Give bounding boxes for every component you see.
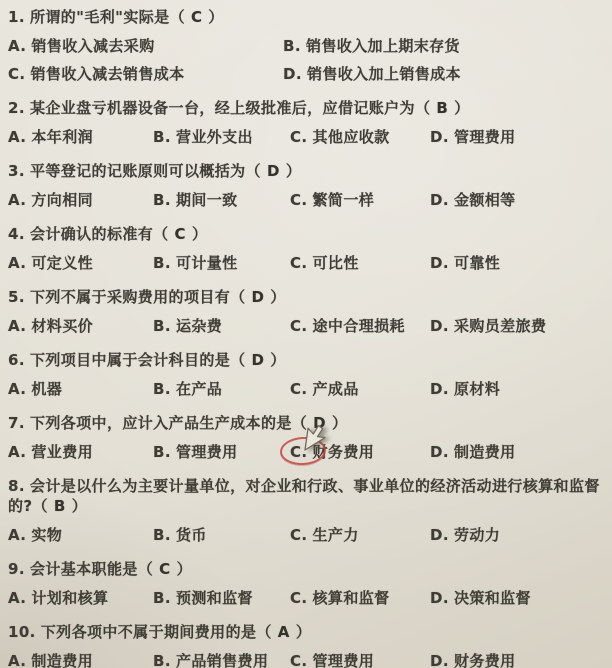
answer-paren-open: （ — [230, 351, 245, 369]
answer-paren-close: ） — [296, 623, 311, 641]
question-stem: 下列不属于采购费用的项目有 — [30, 288, 230, 306]
option-c: C.途中合理损耗 — [290, 316, 430, 336]
option-b: B.在产品 — [153, 379, 290, 399]
question-stem: 会计基本职能是 — [30, 560, 138, 578]
option-a: A.可定义性 — [8, 253, 153, 273]
option-d: D.管理费用 — [430, 127, 602, 147]
option-label: A. — [8, 652, 26, 668]
option-label: D. — [283, 65, 302, 83]
options-grid: A.营业费用 B.管理费用 C.财务费用 D.制造费用 — [8, 442, 602, 462]
option-b: B.产品销售费用 — [153, 651, 290, 668]
question-7: 7.下列各项中，应计入产品生产成本的是（D） A.营业费用 B.管理费用 C.财… — [8, 413, 602, 462]
option-text: 销售收入加上销售成本 — [307, 65, 461, 83]
question-stem: 会计确认的标准有 — [30, 225, 153, 243]
option-a: A.本年利润 — [8, 127, 153, 147]
question-answer: D — [246, 351, 271, 369]
option-label: B. — [153, 254, 171, 272]
option-label: D. — [430, 526, 449, 544]
option-label: B. — [153, 526, 171, 544]
question-header: 4.会计确认的标准有（C） — [8, 224, 602, 244]
answer-paren-close: ） — [454, 99, 469, 117]
answer-paren-close: ） — [270, 288, 285, 306]
option-text: 核算和监督 — [313, 589, 390, 607]
answer-paren-close: ） — [177, 560, 192, 578]
option-c: C.生产力 — [290, 525, 430, 545]
option-a: A.机器 — [8, 379, 153, 399]
option-text: 决策和监督 — [454, 589, 531, 607]
question-number: 1. — [8, 8, 25, 26]
answer-paren-close: ） — [72, 497, 87, 515]
question-number: 4. — [8, 225, 25, 243]
option-text: 财务费用 — [313, 443, 375, 461]
question-8: 8.会计是以什么为主要计量单位，对企业和行政、事业单位的经济活动进行核算和监督的… — [8, 476, 602, 545]
option-label: A. — [8, 128, 26, 146]
option-label: A. — [8, 589, 26, 607]
option-text: 制造费用 — [31, 652, 93, 668]
option-label: D. — [430, 254, 449, 272]
options-grid: A.制造费用 B.产品销售费用 C.管理费用 D.财务费用 — [8, 651, 602, 668]
option-c-circled: C.财务费用 — [290, 442, 430, 462]
option-d: D.制造费用 — [430, 442, 602, 462]
option-c: C.核算和监督 — [290, 588, 430, 608]
option-text: 财务费用 — [454, 652, 516, 668]
option-text: 产品销售费用 — [176, 652, 268, 668]
option-label: C. — [290, 526, 308, 544]
option-label: C. — [290, 191, 308, 209]
option-label: C. — [8, 65, 26, 83]
question-stem: 下列各项中不属于期间费用的是 — [41, 623, 257, 641]
question-9: 9.会计基本职能是（C） A.计划和核算 B.预测和监督 C.核算和监督 D.决… — [8, 559, 602, 608]
question-number: 9. — [8, 560, 25, 578]
option-c: C.繁简一样 — [290, 190, 430, 210]
option-label: D. — [430, 191, 449, 209]
option-label: B. — [153, 128, 171, 146]
option-label: A. — [8, 443, 26, 461]
option-text: 材料买价 — [31, 317, 93, 335]
option-label: C. — [290, 443, 308, 461]
option-label: D. — [430, 443, 449, 461]
option-b: B.营业外支出 — [153, 127, 290, 147]
answer-paren-close: ） — [270, 351, 285, 369]
question-header: 5.下列不属于采购费用的项目有（D） — [8, 287, 602, 307]
option-text: 管理费用 — [313, 652, 375, 668]
option-text: 可计量性 — [176, 254, 238, 272]
option-c: C.管理费用 — [290, 651, 430, 668]
option-text: 原材料 — [454, 380, 500, 398]
option-label: B. — [153, 191, 171, 209]
option-text: 产成品 — [313, 380, 359, 398]
option-text: 采购员差旅费 — [454, 317, 546, 335]
question-stem: 下列项目中属于会计科目的是 — [30, 351, 230, 369]
option-a: A.实物 — [8, 525, 153, 545]
answer-paren-close: ） — [208, 8, 223, 26]
option-d: D.决策和监督 — [430, 588, 602, 608]
question-number: 10. — [8, 623, 36, 641]
question-10: 10.下列各项中不属于期间费用的是（A） A.制造费用 B.产品销售费用 C.管… — [8, 622, 602, 668]
option-text: 销售收入减去采购 — [31, 37, 154, 55]
option-c: C.产成品 — [290, 379, 430, 399]
option-c: C.销售收入减去销售成本 — [8, 64, 283, 84]
option-label: D. — [430, 128, 449, 146]
option-text: 金额相等 — [454, 191, 516, 209]
option-label: A. — [8, 254, 26, 272]
option-b: B.销售收入加上期末存货 — [283, 36, 602, 56]
question-header: 10.下列各项中不属于期间费用的是（A） — [8, 622, 602, 642]
options-grid: A.计划和核算 B.预测和监督 C.核算和监督 D.决策和监督 — [8, 588, 602, 608]
question-answer: D — [307, 414, 332, 432]
option-d: D.原材料 — [430, 379, 602, 399]
answer-paren-open: （ — [415, 99, 430, 117]
question-stem: 平等登记的记账原则可以概括为 — [30, 162, 246, 180]
answer-paren-open: （ — [230, 288, 245, 306]
option-text: 繁简一样 — [313, 191, 375, 209]
options-grid: A.本年利润 B.营业外支出 C.其他应收款 D.管理费用 — [8, 127, 602, 147]
options-grid: A.机器 B.在产品 C.产成品 D.原材料 — [8, 379, 602, 399]
answer-paren-open: （ — [292, 414, 307, 432]
answer-paren-close: ） — [286, 162, 301, 180]
option-label: D. — [430, 317, 449, 335]
option-d: D.劳动力 — [430, 525, 602, 545]
question-answer: B — [48, 497, 72, 515]
option-text: 管理费用 — [176, 443, 238, 461]
option-label: C. — [290, 380, 308, 398]
option-label: B. — [153, 652, 171, 668]
option-label: C. — [290, 128, 308, 146]
question-stem: 下列各项中，应计入产品生产成本的是 — [30, 414, 292, 432]
option-a: A.材料买价 — [8, 316, 153, 336]
option-text: 预测和监督 — [176, 589, 253, 607]
option-text: 销售收入加上期末存货 — [306, 37, 460, 55]
question-1: 1.所谓的"毛利"实际是（C） A.销售收入减去采购 B.销售收入加上期末存货 … — [8, 7, 602, 84]
options-grid: A.方向相同 B.期间一致 C.繁简一样 D.金额相等 — [8, 190, 602, 210]
option-text: 实物 — [31, 526, 62, 544]
option-d: D.采购员差旅费 — [430, 316, 602, 336]
option-label: B. — [153, 589, 171, 607]
option-label: C. — [290, 254, 308, 272]
question-number: 6. — [8, 351, 25, 369]
question-header: 8.会计是以什么为主要计量单位，对企业和行政、事业单位的经济活动进行核算和监督的… — [8, 476, 602, 516]
question-number: 2. — [8, 99, 25, 117]
option-d: D.可靠性 — [430, 253, 602, 273]
option-label: C. — [290, 317, 308, 335]
option-label: A. — [8, 526, 26, 544]
question-stem: 某企业盘亏机器设备一台，经上级批准后，应借记账户为 — [30, 99, 415, 117]
question-4: 4.会计确认的标准有（C） A.可定义性 B.可计量性 C.可比性 D.可靠性 — [8, 224, 602, 273]
option-text: 运杂费 — [176, 317, 222, 335]
option-text: 可比性 — [313, 254, 359, 272]
option-label: D. — [430, 589, 449, 607]
option-text: 途中合理损耗 — [313, 317, 405, 335]
option-text: 制造费用 — [454, 443, 516, 461]
options-grid: A.材料买价 B.运杂费 C.途中合理损耗 D.采购员差旅费 — [8, 316, 602, 336]
answer-paren-open: （ — [170, 8, 185, 26]
option-text: 生产力 — [313, 526, 359, 544]
option-text: 计划和核算 — [31, 589, 108, 607]
option-text: 其他应收款 — [313, 128, 390, 146]
option-text: 本年利润 — [31, 128, 93, 146]
question-answer: C — [169, 225, 192, 243]
options-grid: A.实物 B.货币 C.生产力 D.劳动力 — [8, 525, 602, 545]
option-d: D.财务费用 — [430, 651, 602, 668]
question-stem: 所谓的"毛利"实际是 — [30, 8, 170, 26]
option-label: B. — [283, 37, 301, 55]
answer-paren-open: （ — [153, 225, 168, 243]
answer-paren-open: （ — [33, 497, 48, 515]
option-a: A.方向相同 — [8, 190, 153, 210]
option-text: 机器 — [31, 380, 62, 398]
answer-paren-open: （ — [246, 162, 261, 180]
option-label: C. — [290, 589, 308, 607]
option-d: D.销售收入加上销售成本 — [283, 64, 602, 84]
answer-paren-open: （ — [138, 560, 153, 578]
option-text: 销售收入减去销售成本 — [31, 65, 185, 83]
question-header: 1.所谓的"毛利"实际是（C） — [8, 7, 602, 27]
option-label: B. — [153, 443, 171, 461]
question-number: 7. — [8, 414, 25, 432]
option-text: 营业外支出 — [176, 128, 253, 146]
option-b: B.期间一致 — [153, 190, 290, 210]
question-answer: B — [430, 99, 454, 117]
option-a: A.制造费用 — [8, 651, 153, 668]
question-6: 6.下列项目中属于会计科目的是（D） A.机器 B.在产品 C.产成品 D.原材… — [8, 350, 602, 399]
option-label: A. — [8, 317, 26, 335]
question-answer: D — [261, 162, 286, 180]
option-label: B. — [153, 317, 171, 335]
answer-paren-close: ） — [332, 414, 347, 432]
option-label: A. — [8, 191, 26, 209]
question-number: 5. — [8, 288, 25, 306]
options-grid: A.可定义性 B.可计量性 C.可比性 D.可靠性 — [8, 253, 602, 273]
question-answer: A — [272, 623, 296, 641]
option-text: 货币 — [176, 526, 207, 544]
question-answer: C — [185, 8, 208, 26]
option-a: A.销售收入减去采购 — [8, 36, 283, 56]
option-c: C.其他应收款 — [290, 127, 430, 147]
option-text: 可定义性 — [31, 254, 93, 272]
option-label: D. — [430, 380, 449, 398]
option-text: 营业费用 — [31, 443, 93, 461]
question-number: 8. — [8, 477, 25, 495]
options-grid: A.销售收入减去采购 B.销售收入加上期末存货 C.销售收入减去销售成本 D.销… — [8, 36, 602, 84]
option-c: C.可比性 — [290, 253, 430, 273]
option-text: 可靠性 — [454, 254, 500, 272]
option-text: 在产品 — [176, 380, 222, 398]
option-label: B. — [153, 380, 171, 398]
option-label: A. — [8, 37, 26, 55]
question-answer: C — [153, 560, 176, 578]
question-header: 9.会计基本职能是（C） — [8, 559, 602, 579]
question-number: 3. — [8, 162, 25, 180]
question-header: 6.下列项目中属于会计科目的是（D） — [8, 350, 602, 370]
answer-paren-close: ） — [192, 225, 207, 243]
option-b: B.货币 — [153, 525, 290, 545]
option-label: C. — [290, 652, 308, 668]
exam-paper-page: 1.所谓的"毛利"实际是（C） A.销售收入减去采购 B.销售收入加上期末存货 … — [0, 0, 612, 668]
option-label: A. — [8, 380, 26, 398]
question-5: 5.下列不属于采购费用的项目有（D） A.材料买价 B.运杂费 C.途中合理损耗… — [8, 287, 602, 336]
option-text: 劳动力 — [454, 526, 500, 544]
question-3: 3.平等登记的记账原则可以概括为（D） A.方向相同 B.期间一致 C.繁简一样… — [8, 161, 602, 210]
question-header: 7.下列各项中，应计入产品生产成本的是（D） — [8, 413, 602, 433]
answer-paren-open: （ — [256, 623, 271, 641]
option-b: B.运杂费 — [153, 316, 290, 336]
option-b: B.预测和监督 — [153, 588, 290, 608]
option-b: B.可计量性 — [153, 253, 290, 273]
question-header: 3.平等登记的记账原则可以概括为（D） — [8, 161, 602, 181]
option-text: 方向相同 — [31, 191, 93, 209]
question-2: 2.某企业盘亏机器设备一台，经上级批准后，应借记账户为（B） A.本年利润 B.… — [8, 98, 602, 147]
option-d: D.金额相等 — [430, 190, 602, 210]
option-a: A.计划和核算 — [8, 588, 153, 608]
option-label: D. — [430, 652, 449, 668]
question-answer: D — [246, 288, 271, 306]
option-b: B.管理费用 — [153, 442, 290, 462]
option-text: 期间一致 — [176, 191, 238, 209]
option-a: A.营业费用 — [8, 442, 153, 462]
option-text: 管理费用 — [454, 128, 516, 146]
question-header: 2.某企业盘亏机器设备一台，经上级批准后，应借记账户为（B） — [8, 98, 602, 118]
question-stem: 会计是以什么为主要计量单位，对企业和行政、事业单位的经济活动进行核算和监督的? — [8, 477, 600, 515]
